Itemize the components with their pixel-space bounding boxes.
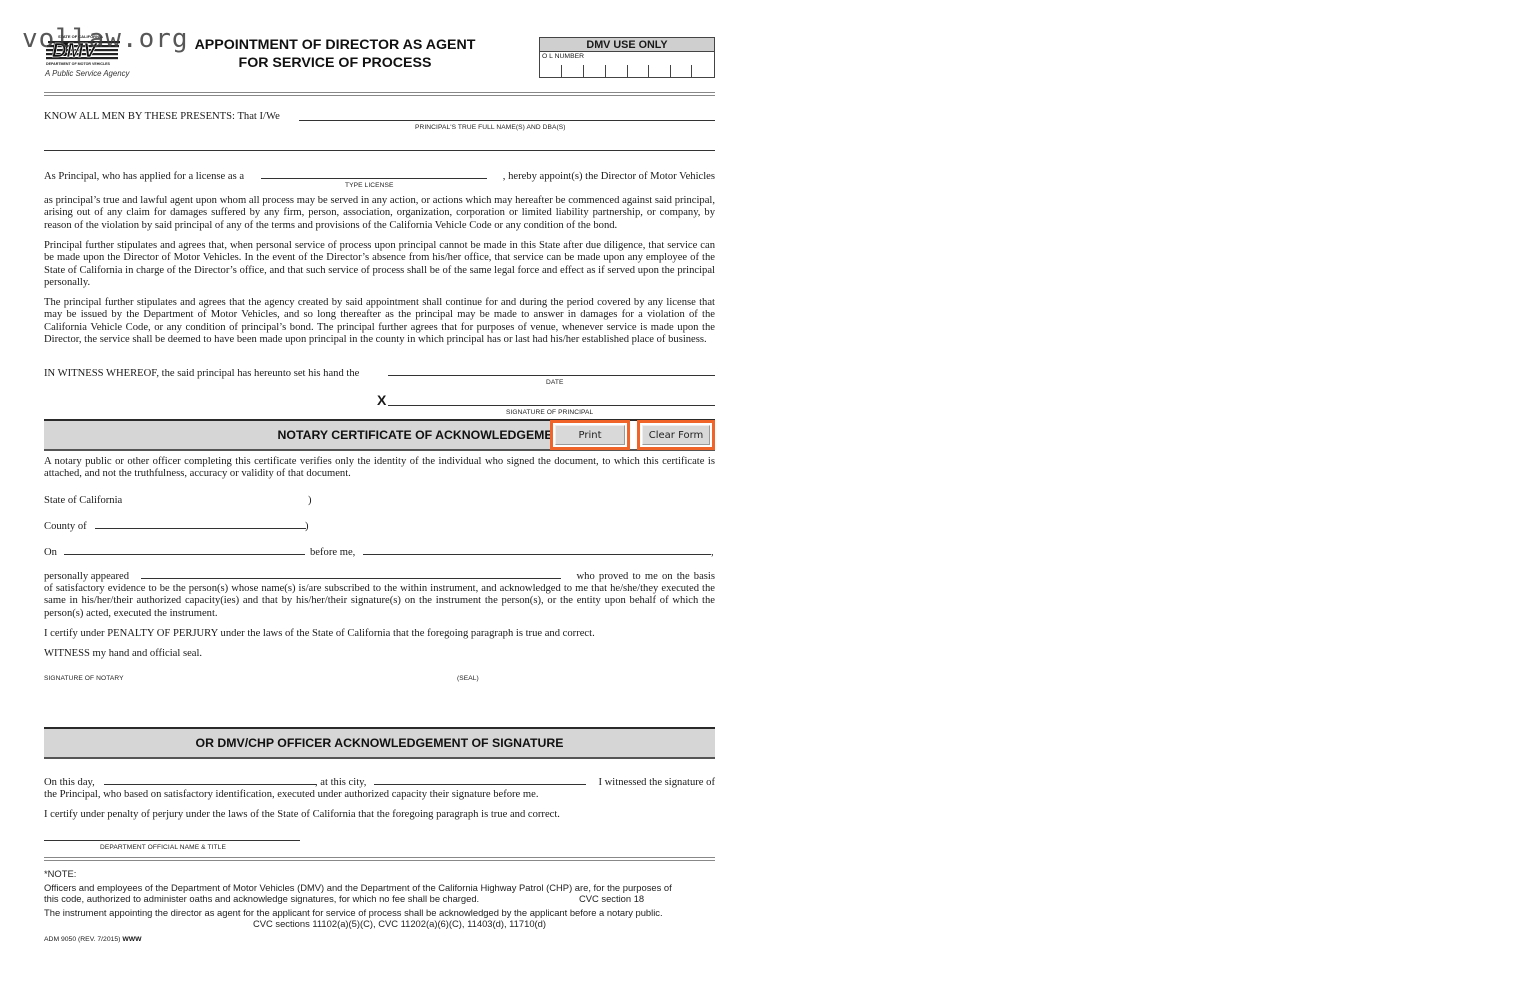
principal-name-field-line2[interactable] — [44, 140, 715, 151]
principal-signature-field[interactable] — [388, 395, 715, 406]
appeared-suffix: who proved to me on the basis — [561, 571, 715, 583]
logo-dept-text: DEPARTMENT OF MOTOR VEHICLES — [46, 62, 110, 66]
officer-section-bar: OR DMV/CHP OFFICER ACKNOWLEDGEMENT OF SI… — [44, 727, 715, 759]
principal-intro: KNOW ALL MEN BY THESE PRESENTS: That I/W… — [44, 111, 280, 123]
officer-certify: I certify under penalty of perjury under… — [44, 809, 560, 821]
appeared-label: personally appeared — [44, 571, 129, 583]
county-paren: ) — [305, 521, 309, 533]
agency-paragraph: The principal further stipulates and agr… — [44, 297, 715, 347]
on-date-field[interactable] — [64, 544, 305, 555]
clear-form-button[interactable]: Clear Form — [637, 420, 715, 450]
county-field[interactable] — [95, 518, 306, 529]
seal-caption: (SEAL) — [457, 675, 479, 682]
witnessed-suffix: I witnessed the signature of — [588, 777, 715, 789]
license-type-field[interactable] — [261, 168, 487, 179]
county-label: County of — [44, 521, 87, 533]
officer-body: the Principal, who based on satisfactory… — [44, 789, 538, 801]
principal-name-field[interactable] — [299, 110, 715, 121]
agent-paragraph: as principal’s true and lawful agent upo… — [44, 195, 715, 232]
principal-name-caption: PRINCIPAL'S TRUE FULL NAME(S) AND DBA(S) — [415, 124, 566, 131]
notary-signature-caption: SIGNATURE OF NOTARY — [44, 675, 124, 682]
official-name-field[interactable] — [44, 830, 300, 841]
logo-tagline: A Public Service Agency — [45, 69, 129, 78]
official-name-caption: DEPARTMENT OFFICIAL NAME & TITLE — [100, 844, 226, 851]
note-line4: CVC sections 11102(a)(5)(C), CVC 11202(a… — [253, 918, 546, 930]
on-label: On — [44, 547, 57, 559]
principal-signature-caption: SIGNATURE OF PRINCIPAL — [506, 409, 593, 416]
license-type-caption: TYPE LICENSE — [345, 182, 393, 189]
notary-certify: I certify under PENALTY OF PERJURY under… — [44, 628, 595, 640]
form-title: APPOINTMENT OF DIRECTOR AS AGENT FOR SER… — [180, 37, 490, 72]
form-id-suffix: WWW — [122, 936, 141, 943]
witness-date-caption: DATE — [546, 379, 564, 386]
appeared-field[interactable] — [141, 568, 561, 579]
witness-seal-text: WITNESS my hand and official seal. — [44, 648, 202, 660]
notary-disclaimer: A notary public or other officer complet… — [44, 456, 715, 481]
form-title-line2: FOR SERVICE OF PROCESS — [180, 55, 490, 73]
officer-heading: OR DMV/CHP OFFICER ACKNOWLEDGEMENT OF SI… — [196, 736, 564, 750]
license-prefix: As Principal, who has applied for a lice… — [44, 171, 244, 183]
witness-text: IN WITNESS WHEREOF, the said principal h… — [44, 368, 359, 380]
state-paren: ) — [308, 495, 312, 507]
note-line2-ref: CVC section 18 — [579, 893, 644, 905]
clear-form-button-label[interactable]: Clear Form — [642, 425, 710, 445]
at-this-city-field[interactable] — [374, 774, 586, 785]
on-this-day-field[interactable] — [104, 774, 316, 785]
before-me-field[interactable] — [363, 544, 711, 555]
license-suffix: , hereby appoint(s) the Director of Moto… — [487, 171, 715, 183]
note-heading: *NOTE: — [44, 868, 76, 880]
form-id-number: ADM 9050 (REV. 7/2015) — [44, 936, 120, 943]
form-id: ADM 9050 (REV. 7/2015) WWW — [44, 936, 142, 943]
dmv-use-only-heading: DMV USE ONLY — [540, 38, 714, 52]
form-title-line1: APPOINTMENT OF DIRECTOR AS AGENT — [180, 37, 490, 55]
appeared-body: of satisfactory evidence to be the perso… — [44, 583, 715, 620]
before-me-comma: , — [711, 547, 714, 559]
state-label: State of California — [44, 495, 122, 507]
notary-heading: NOTARY CERTIFICATE OF ACKNOWLEDGEMENT — [44, 421, 569, 449]
dmv-use-only-box: DMV USE ONLY O L NUMBER — [539, 37, 715, 78]
print-button[interactable]: Print — [550, 420, 630, 450]
before-me-label: before me, — [310, 547, 355, 559]
watermark: vollaw.org — [22, 24, 189, 54]
header-divider — [44, 92, 715, 96]
signature-x-mark: X — [377, 392, 386, 408]
note-line2: this code, authorized to administer oath… — [44, 893, 479, 905]
notary-signature-field[interactable] — [44, 684, 444, 724]
print-button-label[interactable]: Print — [555, 425, 625, 445]
witness-date-field[interactable] — [388, 365, 715, 376]
at-this-city-label: , at this city, — [315, 777, 366, 789]
service-paragraph: Principal further stipulates and agrees … — [44, 240, 715, 290]
on-this-day-label: On this day, — [44, 777, 95, 789]
footer-divider — [44, 857, 715, 861]
